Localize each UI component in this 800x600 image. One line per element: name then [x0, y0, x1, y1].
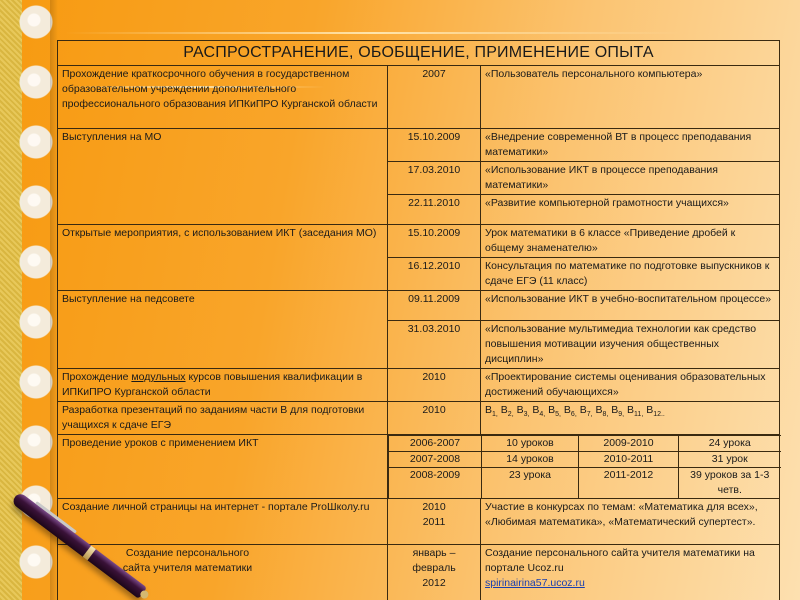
task-label: B3, [517, 404, 530, 416]
task-label: B8, [595, 404, 608, 416]
date-cell: 2010 [388, 402, 481, 435]
activity-cell: Выступления на МО [58, 129, 388, 225]
topic-cell: «Пользователь персонального компьютера» [481, 66, 780, 129]
lessons-cell: 2006-2007 10 уроков 2009-2010 24 урока 2… [388, 435, 780, 499]
count-cell: 23 урока [482, 468, 579, 499]
task-label: B9, [611, 404, 624, 416]
topic-cell: «Использование мультимедиа технологии ка… [481, 321, 780, 369]
table-row: Разработка презентаций по заданиям части… [58, 402, 780, 435]
lessons-table: 2006-2007 10 уроков 2009-2010 24 урока 2… [388, 435, 781, 498]
count-cell: 39 уроков за 1-3 четв. [679, 468, 781, 499]
activity-cell: Прохождение краткосрочного обучения в го… [58, 66, 388, 129]
lessons-row: 2008-2009 23 урока 2011-2012 39 уроков з… [389, 468, 781, 499]
date-cell: 15.10.2009 [388, 225, 481, 258]
task-label: B6, [564, 404, 577, 416]
date-cell: 2010 [388, 369, 481, 402]
table-row: Прохождение краткосрочного обучения в го… [58, 66, 780, 129]
pen-band [83, 546, 96, 561]
date-cell: 31.03.2010 [388, 321, 481, 369]
date-cell: 2007 [388, 66, 481, 129]
topic-cell: Участие в конкурсах по темам: «Математик… [481, 499, 780, 545]
topic-cell: Создание персонального сайта учителя мат… [481, 545, 780, 600]
activity-cell: Создание личной страницы на интернет - п… [58, 499, 388, 545]
topic-cell: «Внедрение современной ВТ в процесс преп… [481, 129, 780, 162]
date-cell: 09.11.2009 [388, 291, 481, 321]
topic-cell: Урок математики в 6 классе «Приведение д… [481, 225, 780, 258]
task-label: B2, [501, 404, 514, 416]
tasks-cell: B1, B2, B3, B4, B5, B6, B7, B8, B9, B11,… [481, 402, 780, 435]
date-cell: 17.03.2010 [388, 162, 481, 195]
experience-table: РАСПРОСТРАНЕНИЕ, ОБОБЩЕНИЕ, ПРИМЕНЕНИЕ О… [57, 40, 780, 600]
date-cell: 20102011 [388, 499, 481, 545]
activity-cell: Разработка презентаций по заданиям части… [58, 402, 388, 435]
count-cell: 14 уроков [482, 452, 579, 468]
topic-cell: «Развитие компьютерной грамотности учащи… [481, 195, 780, 225]
year-cell: 2010-2011 [579, 452, 679, 468]
date-cell: 15.10.2009 [388, 129, 481, 162]
count-cell: 24 урока [679, 436, 781, 452]
activity-cell: Открытые мероприятия, с использованием И… [58, 225, 388, 291]
year-cell: 2011-2012 [579, 468, 679, 499]
table-row: Прохождение модульных курсов повышения к… [58, 369, 780, 402]
topic-cell: «Использование ИКТ в учебно-воспитательн… [481, 291, 780, 321]
underlined-word: модульных [131, 371, 185, 383]
task-label: B12.. [646, 404, 665, 416]
table-row: Выступления на МО 15.10.2009 «Внедрение … [58, 129, 780, 162]
task-label: B1, [485, 404, 498, 416]
website-link[interactable]: spirinairina57.ucoz.ru [485, 577, 585, 589]
date-cell: 22.11.2010 [388, 195, 481, 225]
date-cell: январь –февраль2012 [388, 545, 481, 600]
activity-cell: Прохождение модульных курсов повышения к… [58, 369, 388, 402]
lessons-row: 2006-2007 10 уроков 2009-2010 24 урока [389, 436, 781, 452]
date-cell: 16.12.2010 [388, 258, 481, 291]
task-label: B7, [580, 404, 593, 416]
lessons-row: 2007-2008 14 уроков 2010-2011 31 урок [389, 452, 781, 468]
decorative-line [65, 32, 685, 34]
table-title: РАСПРОСТРАНЕНИЕ, ОБОБЩЕНИЕ, ПРИМЕНЕНИЕ О… [58, 41, 780, 66]
year-cell: 2007-2008 [389, 452, 482, 468]
task-label: B4, [532, 404, 545, 416]
table-row: Открытые мероприятия, с использованием И… [58, 225, 780, 258]
topic-cell: «Проектирование системы оценивания образ… [481, 369, 780, 402]
count-cell: 10 уроков [482, 436, 579, 452]
count-cell: 31 урок [679, 452, 781, 468]
topic-cell: «Использование ИКТ в процессе преподаван… [481, 162, 780, 195]
year-cell: 2008-2009 [389, 468, 482, 499]
task-label: B5, [548, 404, 561, 416]
activity-cell: Проведение уроков с применением ИКТ [58, 435, 388, 499]
year-cell: 2009-2010 [579, 436, 679, 452]
table-row: Создание личной страницы на интернет - п… [58, 499, 780, 545]
table-row: Выступление на педсовете 09.11.2009 «Исп… [58, 291, 780, 321]
year-cell: 2006-2007 [389, 436, 482, 452]
topic-cell: Консультация по математике по подготовке… [481, 258, 780, 291]
table-row: Проведение уроков с применением ИКТ 2006… [58, 435, 780, 499]
table-row: Создание персонального сайта учителя мат… [58, 545, 780, 600]
task-label: B11, [627, 404, 643, 416]
activity-cell: Выступление на педсовете [58, 291, 388, 369]
